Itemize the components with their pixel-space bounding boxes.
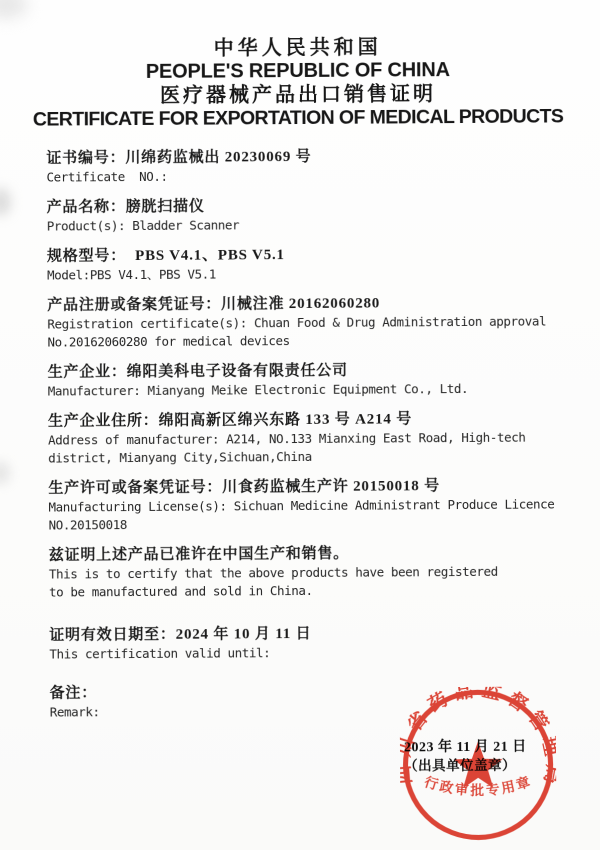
license-en-line2: NO.20150018 (49, 513, 600, 534)
product-en: Product(s): Bladder Scanner (47, 214, 599, 235)
document-header: 中华人民共和国 PEOPLE'S REPUBLIC OF CHINA 医疗器械产… (0, 0, 598, 132)
statement-en-line2: to be manufactured and sold in China. (49, 580, 600, 601)
registration-en-line1: Registration certificate(s): Chuan Food … (47, 312, 599, 333)
certificate-page: 中华人民共和国 PEOPLE'S REPUBLIC OF CHINA 医疗器械产… (0, 0, 600, 850)
address-en-line2: district, Mianyang City,Sichuan,China (48, 446, 600, 467)
country-title-cn: 中华人民共和国 (0, 34, 598, 62)
scan-smudge (0, 462, 9, 484)
scan-smudge (0, 188, 11, 216)
manufacturer-en: Manufacturer: Mianyang Meike Electronic … (48, 379, 600, 400)
model-en: Model:PBS V4.1、PBS V5.1 (47, 263, 599, 284)
document-title-en: CERTIFICATE FOR EXPORTATION OF MEDICAL P… (0, 105, 598, 132)
field-product: 产品名称：膀胱扫描仪 Product(s): Bladder Scanner (47, 195, 599, 235)
field-address: 生产企业住所：绵阳高新区绵兴东路 133 号 A214 号 Address of… (48, 409, 600, 467)
license-en-line1: Manufacturing License(s): Sichuan Medici… (48, 495, 600, 516)
field-certificate-no: 证书编号：川绵药监械出 20230069 号 Certificate NO.: (46, 146, 598, 186)
field-validity: 证明有效日期至：2024 年 10 月 11 日 This certificat… (49, 623, 600, 663)
field-model: 规格型号： PBS V4.1、PBS V5.1 Model:PBS V4.1、P… (47, 244, 599, 284)
document-title-cn: 医疗器械产品出口销售证明 (0, 81, 598, 109)
registration-en-line2: No.20162060280 for medical devices (47, 330, 599, 351)
field-manufacturer: 生产企业：绵阳美科电子设备有限责任公司 Manufacturer: Mianya… (48, 360, 600, 400)
certificate-body: 证书编号：川绵药监械出 20230069 号 Certificate NO.: … (46, 146, 600, 721)
star-icon (453, 741, 502, 788)
seal-graphic: 四川省药品监督管理局 行政审批专用章 (400, 686, 557, 843)
certificate-no-en: Certificate NO.: (46, 165, 598, 186)
certification-statement: 兹证明上述产品已准许在中国生产和销售。 This is to certify t… (49, 543, 600, 601)
field-license: 生产许可或备案凭证号：川食药监械生产许 20150018 号 Manufactu… (48, 476, 600, 534)
address-en-line1: Address of manufacturer: A214, NO.133 Mi… (48, 428, 600, 449)
official-seal: 四川省药品监督管理局 行政审批专用章 (400, 686, 557, 843)
validity-en: This certification valid until: (49, 642, 600, 663)
field-registration: 产品注册或备案凭证号：川械注准 20162060280 Registration… (47, 293, 599, 351)
